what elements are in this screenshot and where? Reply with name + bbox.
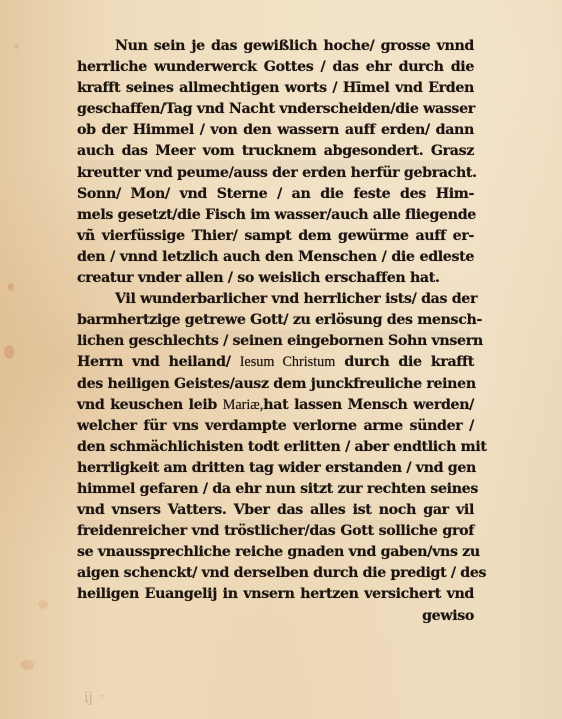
- text-line: kreutter vnd peume/auss der erden herfür…: [77, 163, 474, 184]
- text-line: mels gesetzt/die Fisch im wasser/auch al…: [77, 205, 474, 226]
- body-text: Nun sein je das gewißlich hoche/ grosse …: [77, 36, 474, 627]
- text-line: den schmächlichisten todt erlitten / abe…: [77, 437, 474, 458]
- text-line: Nun sein je das gewißlich hoche/ grosse …: [77, 36, 474, 57]
- faded-marks: ij ◦: [84, 690, 106, 706]
- text-line: krafft seines allmechtigen worts / Hīmel…: [77, 78, 474, 99]
- text-line: des heiligen Geistes/ausz dem junckfreul…: [77, 374, 474, 395]
- text-line: ob der Himmel / von den wassern auff erd…: [77, 120, 474, 141]
- text-line: vnd vnsers Vatters. Vber das alles ist n…: [77, 500, 474, 521]
- paper-stain: [8, 283, 14, 291]
- text-line: vñ vierfüssige Thier/ sampt dem gewürme …: [77, 226, 474, 247]
- text-line: herrligkeit am dritten tag wider erstand…: [77, 458, 474, 479]
- text-line: barmhertzige getrewe Gott/ zu erlösung d…: [77, 310, 474, 331]
- text-segment: vnd keuschen leib: [77, 397, 223, 413]
- text-segment: hat lassen Mensch werden/: [263, 397, 474, 413]
- text-line: geschaffen/Tag vnd Nacht vnderscheiden/d…: [77, 99, 474, 120]
- paper-stain: [4, 345, 14, 359]
- text-line: heiligen Euangelij in vnsern hertzen ver…: [77, 584, 474, 605]
- antiqua-name: Iesum Christum: [240, 354, 336, 370]
- text-line: creatur vnder allen / so weislich erscha…: [77, 268, 474, 289]
- text-segment: Herrn vnd heiland/: [77, 354, 240, 370]
- text-line: freidenreicher vnd tröstlicher/das Gott …: [77, 521, 474, 542]
- text-line: lichen geschlechts / seinen eingebornen …: [77, 331, 474, 352]
- text-line-with-antiqua: Herrn vnd heiland/ Iesum Christum durch …: [77, 352, 474, 373]
- paper-stain: [20, 660, 34, 670]
- text-line: auch das Meer vom trucknem abgesondert. …: [77, 141, 474, 162]
- text-line: se vnaussprechliche reiche gnaden vnd ga…: [77, 542, 474, 563]
- text-line: herrliche wunderwerck Gottes / das ehr d…: [77, 57, 474, 78]
- antiqua-name: Mariæ,: [223, 397, 264, 413]
- text-line: aigen schenckt/ vnd derselben durch die …: [77, 563, 474, 584]
- paper-stain: [14, 44, 19, 49]
- document-page: Nun sein je das gewißlich hoche/ grosse …: [0, 0, 562, 719]
- text-line: Vil wunderbarlicher vnd herrlicher ists/…: [77, 289, 474, 310]
- text-line: himmel gefaren / da ehr nun sitzt zur re…: [77, 479, 474, 500]
- text-line: den / vnnd letzlich auch den Menschen / …: [77, 247, 474, 268]
- paper-stain: [38, 600, 48, 609]
- text-line: welcher für vns verdampte verlorne arme …: [77, 416, 474, 437]
- catchword: gewiso: [77, 606, 474, 627]
- text-segment: durch die krafft: [335, 354, 474, 370]
- text-line-with-antiqua: vnd keuschen leib Mariæ,hat lassen Mensc…: [77, 395, 474, 416]
- text-line: Sonn/ Mon/ vnd Sterne / an die feste des…: [77, 184, 474, 205]
